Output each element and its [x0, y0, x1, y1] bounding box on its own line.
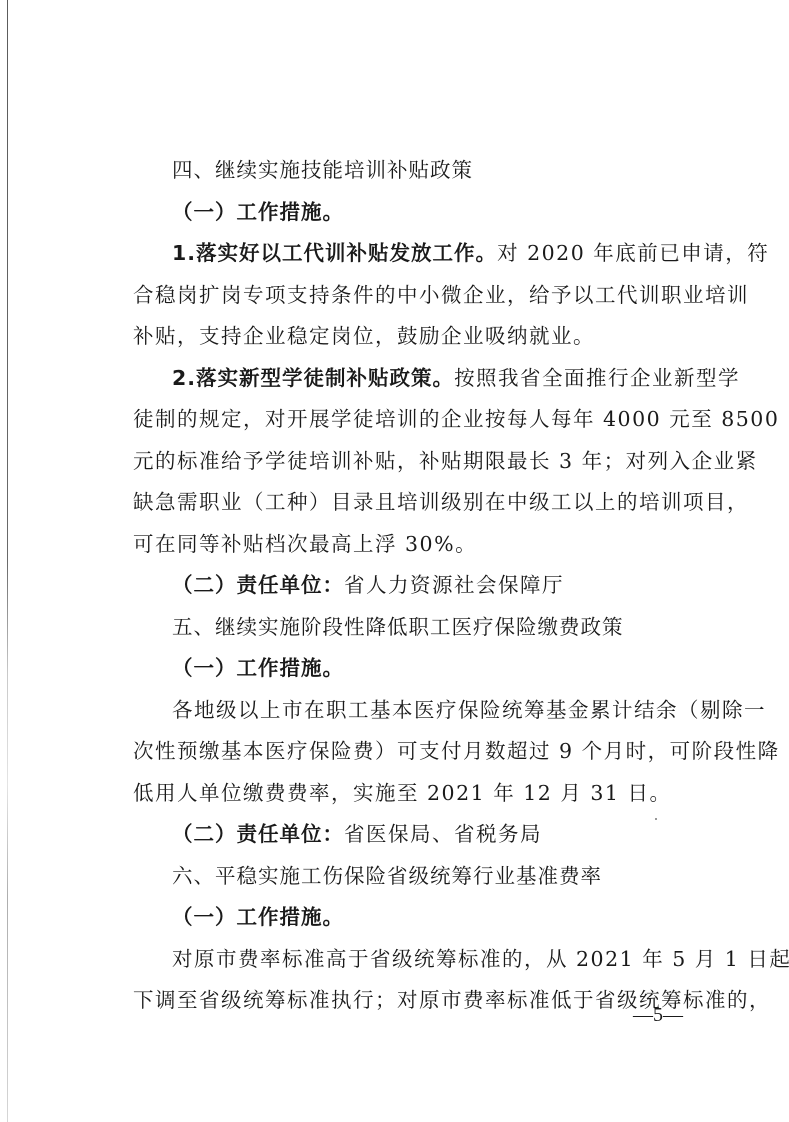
responsible-unit-line: （二）责任单位：省医保局、省税务局 [133, 814, 703, 856]
responsible-unit-value: 省人力资源社会保障厅 [344, 573, 564, 597]
item-lead: 1.落实好以工代训补贴发放工作。 [172, 241, 497, 265]
section-heading-4: 四、继续实施技能培训补贴政策 [133, 150, 703, 192]
item-text: 按照我省全面推行企业新型学 [454, 366, 740, 390]
subsection-title: （一）工作措施。 [133, 648, 703, 690]
paragraph-line: 元的标准给予学徒培训补贴，补贴期限最长 3 年；对列入企业紧 [133, 441, 703, 483]
responsible-unit-line: （二）责任单位：省人力资源社会保障厅 [133, 565, 703, 607]
subsection-title: （一）工作措施。 [133, 192, 703, 234]
paragraph-line: 1.落实好以工代训补贴发放工作。对 2020 年底前已申请，符 [133, 233, 703, 275]
item-lead: 2.落实新型学徒制补贴政策。 [172, 366, 454, 390]
page-number: —5— [633, 1004, 683, 1027]
paragraph-line: 次性预缴基本医疗保险费）可支付月数超过 9 个月时，可阶段性降 [133, 731, 703, 773]
paragraph-line: 缺急需职业（工种）目录且培训级别在中级工以上的培训项目， [133, 482, 703, 524]
item-text: 对 2020 年底前已申请，符 [497, 241, 769, 265]
paragraph-line: 低用人单位缴费费率，实施至 2021 年 12 月 31 日。 [133, 773, 703, 815]
paragraph-line: 可在同等补贴档次最高上浮 30%。 [133, 524, 703, 566]
paragraph-line: 对原市费率标准高于省级统筹标准的，从 2021 年 5 月 1 日起 [133, 939, 703, 981]
paragraph-line: 补贴，支持企业稳定岗位，鼓励企业吸纳就业。 [133, 316, 703, 358]
paragraph-line: 2.落实新型学徒制补贴政策。按照我省全面推行企业新型学 [133, 358, 703, 400]
responsible-unit-label: （二）责任单位： [172, 822, 344, 846]
subsection-title: （一）工作措施。 [133, 897, 703, 939]
paragraph-line: 合稳岗扩岗专项支持条件的中小微企业，给予以工代训职业培训 [133, 275, 703, 317]
paragraph-line: 徒制的规定，对开展学徒培训的企业按每人每年 4000 元至 8500 [133, 399, 703, 441]
section-heading-6: 六、平稳实施工伤保险省级统筹行业基准费率 [133, 856, 703, 898]
paragraph-line: 各地级以上市在职工基本医疗保险统筹基金累计结余（剔除一 [133, 690, 703, 732]
paragraph-line: 下调至省级统筹标准执行；对原市费率标准低于省级统筹标准的， [133, 980, 703, 1022]
document-page: 四、继续实施技能培训补贴政策 （一）工作措施。 1.落实好以工代训补贴发放工作。… [133, 150, 703, 1022]
responsible-unit-label: （二）责任单位： [172, 573, 344, 597]
scan-edge-line [7, 0, 8, 1122]
section-heading-5: 五、继续实施阶段性降低职工医疗保险缴费政策 [133, 607, 703, 649]
responsible-unit-value: 省医保局、省税务局 [344, 822, 542, 846]
